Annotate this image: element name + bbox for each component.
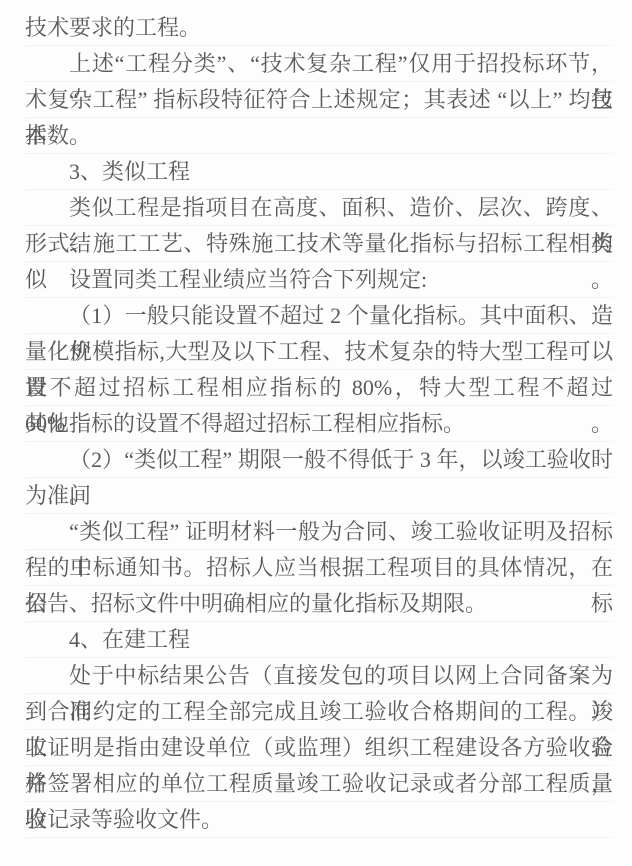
text-line: 类似工程是指项目在高度、面积、造价、层次、跨度、结构 <box>25 190 613 226</box>
section-heading: 3、类似工程 <box>25 154 613 190</box>
document-page: 技术要求的工程。 上述“工程分类”、“技术复杂工程”仅用于招投标环节，“技 术复… <box>0 0 632 866</box>
text-line: 收记录等验收文件。 <box>25 802 613 838</box>
text-line: 术复杂工程” 指标段特征符合上述规定；其表述 “以上” 均包括 <box>25 82 613 118</box>
text-line: 收证明是指由建设单位（或监理）组织工程建设各方验收合格， <box>25 730 613 766</box>
text-line: 为准。 <box>25 478 613 514</box>
text-line: （2）“类似工程” 期限一般不得低于 3 年，以竣工验收时间 <box>25 442 613 478</box>
text-block: 技术要求的工程。 上述“工程分类”、“技术复杂工程”仅用于招投标环节，“技 术复… <box>25 10 613 838</box>
text-line: 上述“工程分类”、“技术复杂工程”仅用于招投标环节，“技 <box>25 46 613 82</box>
text-line: 并签署相应的单位工程质量竣工验收记录或者分部工程质量验 <box>25 766 613 802</box>
text-line: 量化规模指标,大型及以下工程、技术复杂的特大型工程可以设 <box>25 334 613 370</box>
text-line: “类似工程” 证明材料一般为合同、竣工验收证明及招标工 <box>25 514 613 550</box>
text-line: 本数。 <box>25 118 613 154</box>
text-line: 置不超过招标工程相应指标的 80%，特大型工程不超过 60%。 <box>25 370 613 406</box>
text-line: 到合同约定的工程全部完成且竣工验收合格期间的工程。竣工验 <box>25 694 613 730</box>
text-line: 程的中标通知书。招标人应当根据工程项目的具体情况，在招标 <box>25 550 613 586</box>
text-line: 技术要求的工程。 <box>25 10 613 46</box>
text-line: （1）一般只能设置不超过 2 个量化指标。其中面积、造价 <box>25 298 613 334</box>
text-line: 形式、施工工艺、特殊施工技术等量化指标与招标工程相类似。 <box>25 226 613 262</box>
section-heading: 4、在建工程 <box>25 622 613 658</box>
text-line: 处于中标结果公告（直接发包的项目以网上合同备案为准） <box>25 658 613 694</box>
